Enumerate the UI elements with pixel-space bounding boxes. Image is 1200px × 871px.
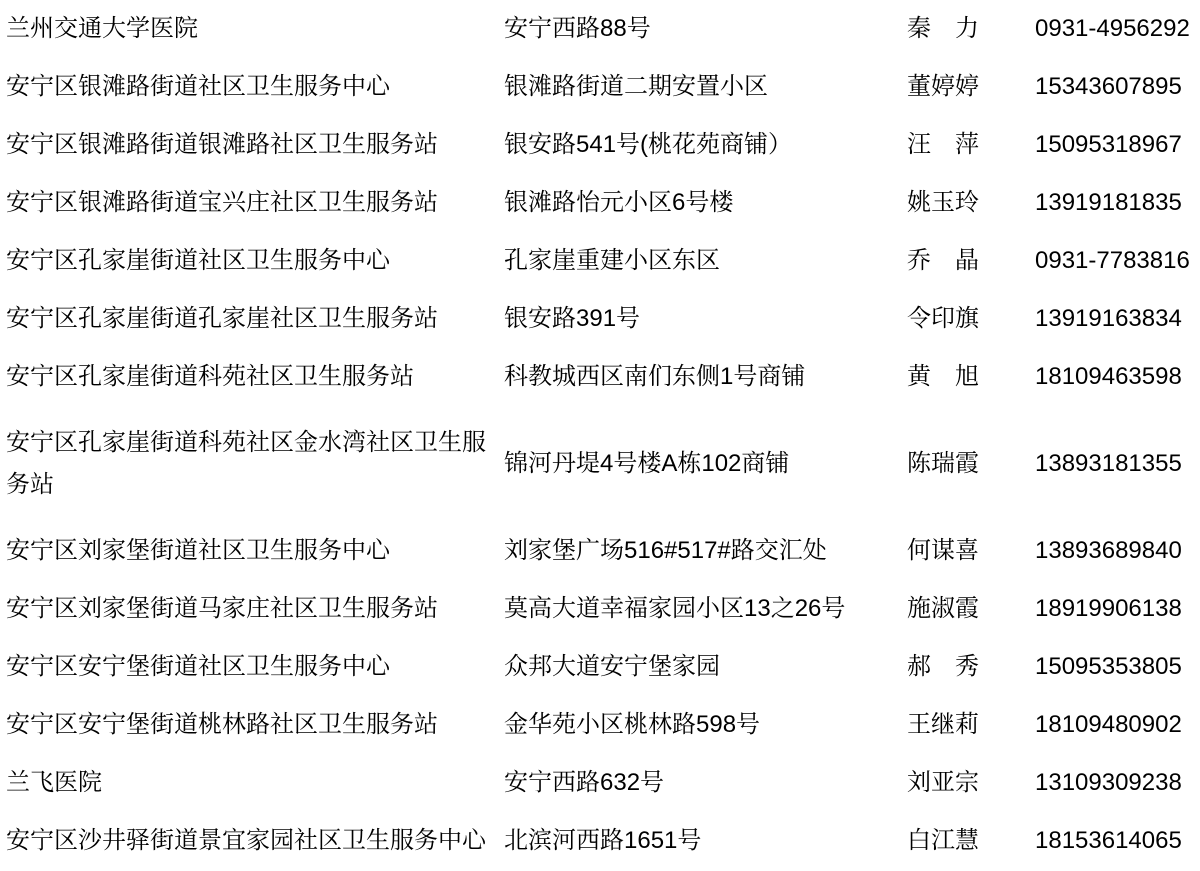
table-row: 安宁区孔家崖街道科苑社区卫生服务站 科教城西区南们东侧1号商铺 黄 旭 1810… bbox=[0, 348, 1200, 406]
phone-number: 18109480902 bbox=[1035, 704, 1200, 746]
phone-number: 0931-7783816 bbox=[1035, 240, 1200, 282]
contact-name: 刘亚宗 bbox=[907, 762, 1035, 804]
facility-address: 北滨河西路1651号 bbox=[504, 820, 907, 862]
contact-name: 何谋喜 bbox=[907, 530, 1035, 572]
facility-address: 孔家崖重建小区东区 bbox=[504, 240, 907, 282]
phone-number: 0931-4956292 bbox=[1035, 8, 1200, 50]
phone-number: 18153614065 bbox=[1035, 820, 1200, 862]
contact-name: 令印旗 bbox=[907, 298, 1035, 340]
facility-name: 兰州交通大学医院 bbox=[0, 8, 504, 50]
facility-directory-table: 兰州交通大学医院 安宁西路88号 秦 力 0931-4956292 安宁区银滩路… bbox=[0, 0, 1200, 870]
facility-name: 安宁区银滩路街道银滩路社区卫生服务站 bbox=[0, 124, 504, 166]
facility-address: 锦河丹堤4号楼A栋102商铺 bbox=[504, 443, 907, 485]
contact-name: 施淑霞 bbox=[907, 588, 1035, 630]
contact-name: 董婷婷 bbox=[907, 66, 1035, 108]
table-row: 安宁区银滩路街道宝兴庄社区卫生服务站 银滩路怡元小区6号楼 姚玉玲 139191… bbox=[0, 174, 1200, 232]
table-row: 兰州交通大学医院 安宁西路88号 秦 力 0931-4956292 bbox=[0, 0, 1200, 58]
facility-address: 莫高大道幸福家园小区13之26号 bbox=[504, 588, 907, 630]
phone-number: 13919163834 bbox=[1035, 298, 1200, 340]
facility-name: 安宁区孔家崖街道社区卫生服务中心 bbox=[0, 240, 504, 282]
phone-number: 15095318967 bbox=[1035, 124, 1200, 166]
facility-address: 金华苑小区桃林路598号 bbox=[504, 704, 907, 746]
facility-name: 安宁区银滩路街道宝兴庄社区卫生服务站 bbox=[0, 182, 504, 224]
phone-number: 13109309238 bbox=[1035, 762, 1200, 804]
phone-number: 13893689840 bbox=[1035, 530, 1200, 572]
facility-name: 安宁区沙井驿街道景宜家园社区卫生服务中心 bbox=[0, 820, 504, 862]
table-row: 安宁区孔家崖街道社区卫生服务中心 孔家崖重建小区东区 乔 晶 0931-7783… bbox=[0, 232, 1200, 290]
table-row: 安宁区银滩路街道银滩路社区卫生服务站 银安路541号(桃花苑商铺） 汪 萍 15… bbox=[0, 116, 1200, 174]
facility-name: 安宁区孔家崖街道孔家崖社区卫生服务站 bbox=[0, 298, 504, 340]
table-row: 兰飞医院 安宁西路632号 刘亚宗 13109309238 bbox=[0, 754, 1200, 812]
table-row: 安宁区刘家堡街道社区卫生服务中心 刘家堡广场516#517#路交汇处 何谋喜 1… bbox=[0, 522, 1200, 580]
table-row: 安宁区刘家堡街道马家庄社区卫生服务站 莫高大道幸福家园小区13之26号 施淑霞 … bbox=[0, 580, 1200, 638]
facility-address: 银滩路街道二期安置小区 bbox=[504, 66, 907, 108]
phone-number: 13919181835 bbox=[1035, 182, 1200, 224]
contact-name: 白江慧 bbox=[907, 820, 1035, 862]
contact-name: 汪 萍 bbox=[907, 124, 1035, 166]
phone-number: 13893181355 bbox=[1035, 443, 1200, 485]
table-row: 安宁区孔家崖街道科苑社区金水湾社区卫生服务站 锦河丹堤4号楼A栋102商铺 陈瑞… bbox=[0, 406, 1200, 522]
contact-name: 乔 晶 bbox=[907, 240, 1035, 282]
contact-name: 郝 秀 bbox=[907, 646, 1035, 688]
contact-name: 王继莉 bbox=[907, 704, 1035, 746]
facility-name: 安宁区安宁堡街道社区卫生服务中心 bbox=[0, 646, 504, 688]
table-row: 安宁区孔家崖街道孔家崖社区卫生服务站 银安路391号 令印旗 139191638… bbox=[0, 290, 1200, 348]
facility-name: 安宁区安宁堡街道桃林路社区卫生服务站 bbox=[0, 704, 504, 746]
facility-address: 安宁西路88号 bbox=[504, 8, 907, 50]
facility-address: 安宁西路632号 bbox=[504, 762, 907, 804]
phone-number: 15343607895 bbox=[1035, 66, 1200, 108]
contact-name: 姚玉玲 bbox=[907, 182, 1035, 224]
facility-name: 安宁区银滩路街道社区卫生服务中心 bbox=[0, 66, 504, 108]
table-row: 安宁区安宁堡街道社区卫生服务中心 众邦大道安宁堡家园 郝 秀 150953538… bbox=[0, 638, 1200, 696]
facility-address: 银安路391号 bbox=[504, 298, 907, 340]
facility-address: 银滩路怡元小区6号楼 bbox=[504, 182, 907, 224]
facility-address: 科教城西区南们东侧1号商铺 bbox=[504, 356, 907, 398]
table-row: 安宁区沙井驿街道景宜家园社区卫生服务中心 北滨河西路1651号 白江慧 1815… bbox=[0, 812, 1200, 870]
phone-number: 18919906138 bbox=[1035, 588, 1200, 630]
facility-address: 刘家堡广场516#517#路交汇处 bbox=[504, 530, 907, 572]
facility-name: 安宁区刘家堡街道马家庄社区卫生服务站 bbox=[0, 588, 504, 630]
facility-name: 安宁区刘家堡街道社区卫生服务中心 bbox=[0, 530, 504, 572]
facility-address: 众邦大道安宁堡家园 bbox=[504, 646, 907, 688]
facility-name: 兰飞医院 bbox=[0, 762, 504, 804]
contact-name: 黄 旭 bbox=[907, 356, 1035, 398]
phone-number: 18109463598 bbox=[1035, 356, 1200, 398]
facility-name: 安宁区孔家崖街道科苑社区卫生服务站 bbox=[0, 356, 504, 398]
table-row: 安宁区银滩路街道社区卫生服务中心 银滩路街道二期安置小区 董婷婷 1534360… bbox=[0, 58, 1200, 116]
facility-name: 安宁区孔家崖街道科苑社区金水湾社区卫生服务站 bbox=[0, 422, 504, 506]
phone-number: 15095353805 bbox=[1035, 646, 1200, 688]
table-row: 安宁区安宁堡街道桃林路社区卫生服务站 金华苑小区桃林路598号 王继莉 1810… bbox=[0, 696, 1200, 754]
facility-address: 银安路541号(桃花苑商铺） bbox=[504, 124, 907, 166]
contact-name: 秦 力 bbox=[907, 8, 1035, 50]
contact-name: 陈瑞霞 bbox=[907, 443, 1035, 485]
